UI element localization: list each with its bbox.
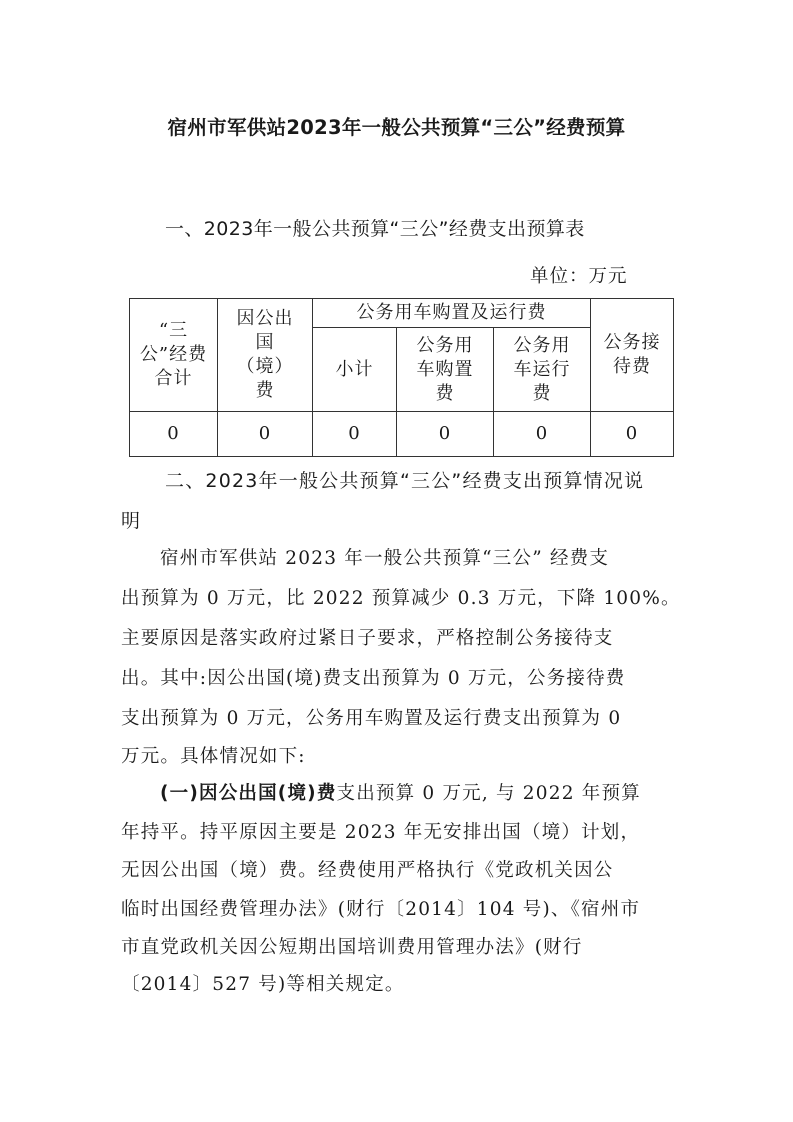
paragraph-1-line: 主要原因是落实政府过紧日子要求，严格控制公务接待支: [121, 624, 614, 650]
value-vehicle-subtotal: 0: [313, 412, 397, 457]
paragraph-1-line: 万元。具体情况如下:: [121, 742, 306, 768]
header-abroad: 因公出国（境）费: [218, 299, 313, 412]
paragraph-1-line: 出。其中:因公出国(境)费支出预算为 0 万元，公务接待费: [121, 664, 626, 690]
header-total: “三公”经费合计: [130, 299, 218, 412]
header-vehicle-operation: 公务用车运行费: [494, 328, 591, 412]
paragraph-2-line: 市直党政机关因公短期出国培训费用管理办法》(财行: [121, 933, 583, 959]
section-1-heading: 一、2023年一般公共预算“三公”经费支出预算表: [165, 214, 585, 241]
header-vehicle-subtotal: 小计: [313, 328, 397, 412]
paragraph-2-line: 无因公出国（境）费。经费使用严格执行《党政机关因公: [121, 856, 614, 882]
paragraph-2-line: 年持平。持平原因主要是 2023 年无安排出国（境）计划，: [121, 818, 640, 844]
paragraph-1-line: 支出预算为 0 万元，公务用车购置及运行费支出预算为 0: [121, 704, 621, 730]
header-vehicle-group: 公务用车购置及运行费: [313, 299, 591, 328]
paragraph-1-line: 出预算为 0 万元，比 2022 预算减少 0.3 万元，下降 100%。: [121, 584, 681, 610]
unit-label: 单位：万元: [530, 262, 628, 288]
value-reception: 0: [591, 412, 674, 457]
header-vehicle-purchase: 公务用车购置费: [397, 328, 494, 412]
section-2-heading-continued: 明: [121, 506, 140, 533]
header-reception: 公务接待费: [591, 299, 674, 412]
subsection-1-heading: (一)因公出国(境)费: [160, 783, 337, 804]
value-abroad: 0: [218, 412, 313, 457]
paragraph-2-line: 〔2014〕527 号)等相关规定。: [121, 970, 405, 996]
section-2-heading: 二、2023年一般公共预算“三公”经费支出预算情况说: [165, 466, 644, 493]
page-title: 宿州市军供站2023年一般公共预算“三公”经费预算: [0, 112, 793, 140]
value-total: 0: [130, 412, 218, 457]
three-public-expense-table: “三公”经费合计 因公出国（境）费 公务用车购置及运行费 公务接待费 小计 公务…: [129, 298, 674, 457]
value-vehicle-operation: 0: [494, 412, 591, 457]
value-vehicle-purchase: 0: [397, 412, 494, 457]
paragraph-2-line: 临时出国经费管理办法》(财行〔2014〕104 号)、《宿州市: [121, 895, 640, 921]
paragraph-2-first-line: (一)因公出国(境)费支出预算 0 万元, 与 2022 年预算: [160, 779, 641, 805]
paragraph-1-line: 宿州市军供站 2023 年一般公共预算“三公” 经费支: [160, 544, 609, 570]
